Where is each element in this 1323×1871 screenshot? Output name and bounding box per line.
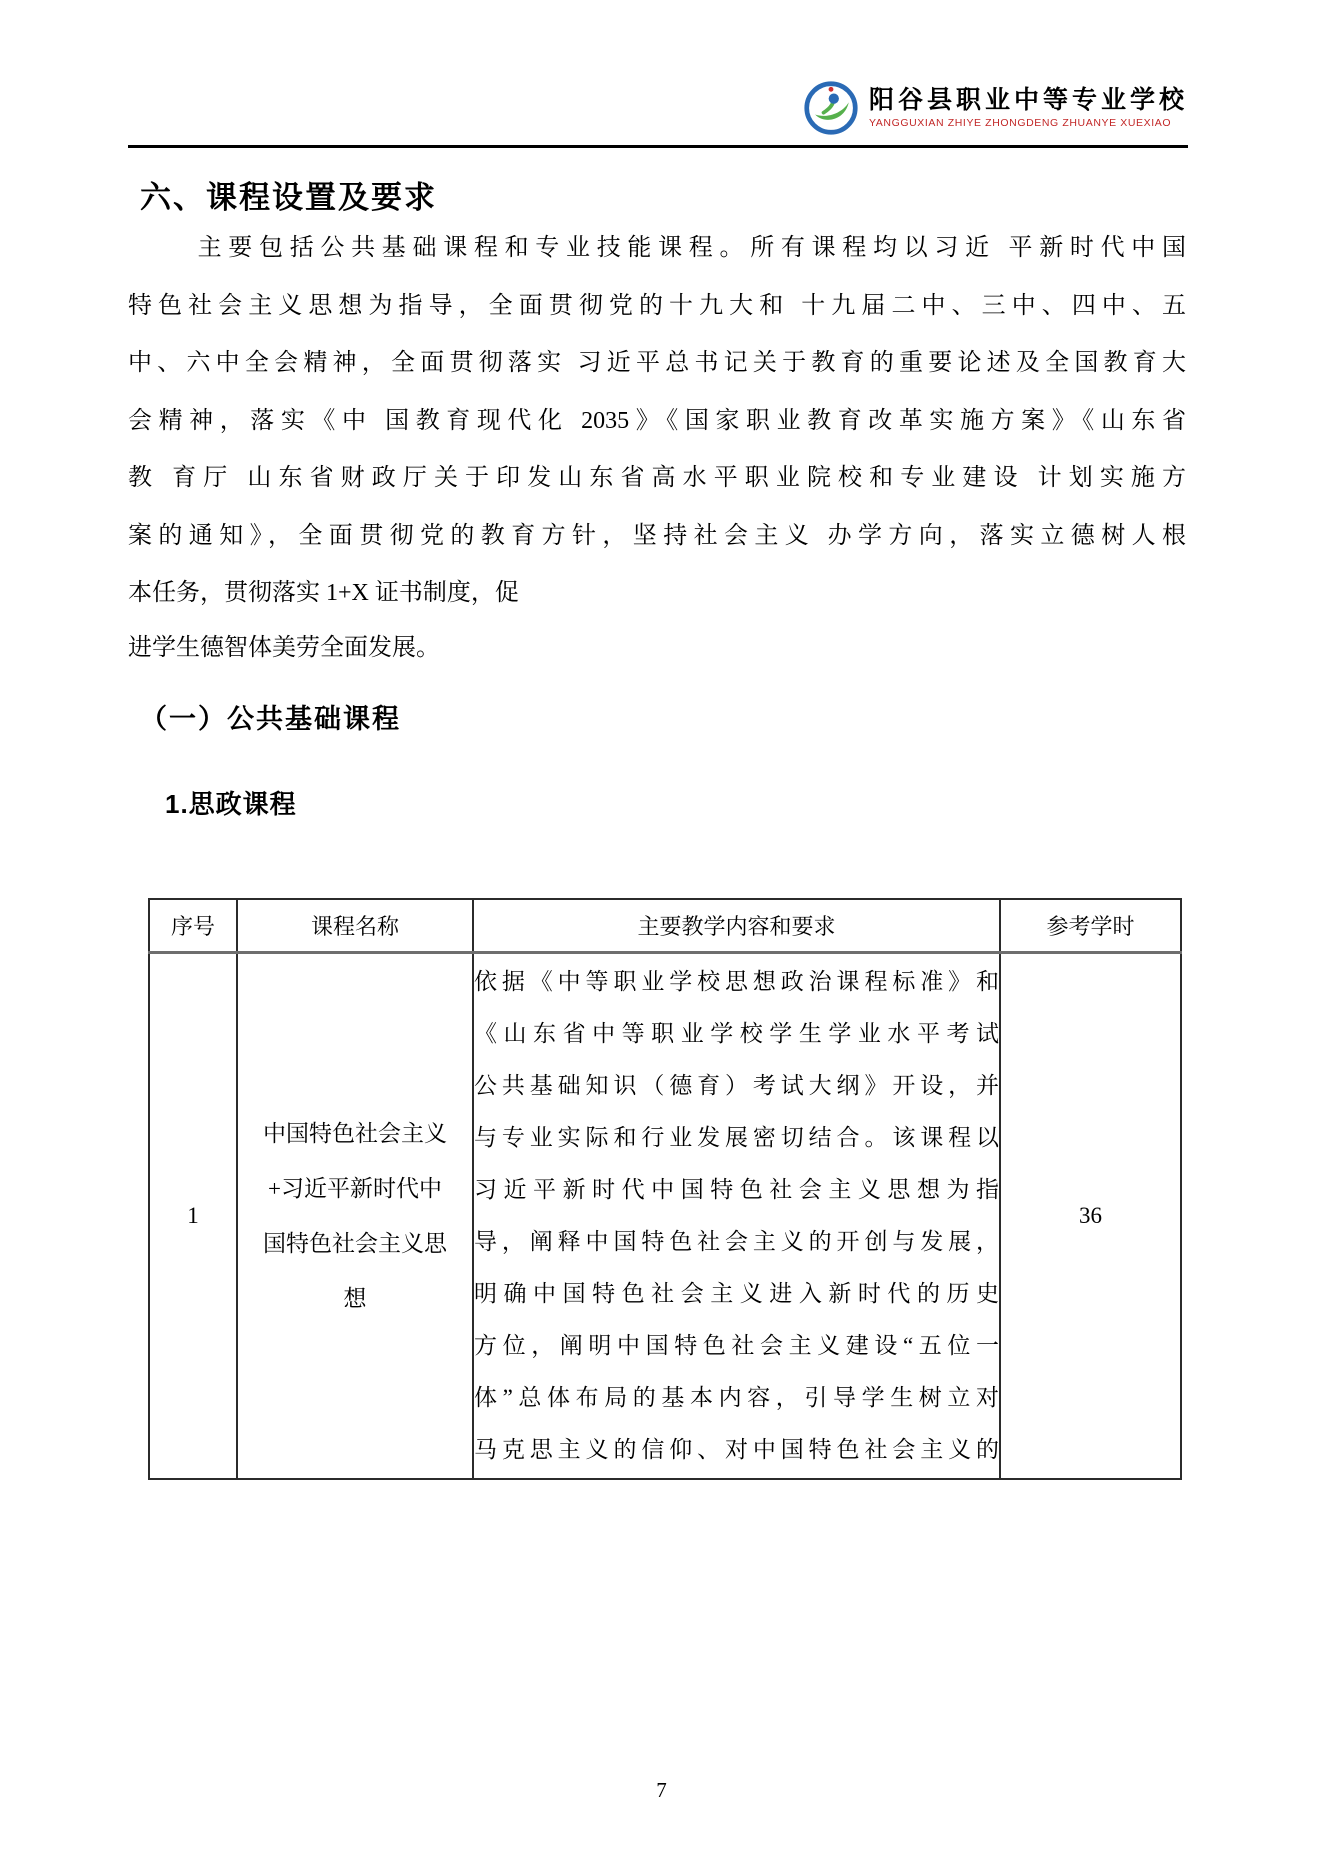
- column-header-hours: 参考学时: [1000, 899, 1181, 953]
- table-row: 1 中国特色社会主义 +习近平新时代中 国特色社会主义思 想 依据《中等职业学校…: [149, 953, 1181, 1480]
- course-table: 序号 课程名称 主要教学内容和要求 参考学时 1 中国特色社会主义 +习近平新时…: [148, 898, 1182, 1480]
- paragraph-line: 进学生德智体美劳全面发展。: [128, 623, 1186, 673]
- paragraph-line: 教 育厅 山东省财政厅关于印发山东省高水平职业院校和专业建设 计划实施方: [128, 450, 1186, 508]
- school-name-english: YANGGUXIAN ZHIYE ZHONGDENG ZHUANYE XUEXI…: [869, 117, 1171, 129]
- content-line: 马克思主义的信仰、对中国特色社会主义的: [474, 1424, 999, 1476]
- header-divider: [128, 145, 1188, 148]
- content-line: 公共基础知识（德育）考试大纲》开设，并: [474, 1060, 999, 1112]
- page-number: 7: [0, 1778, 1323, 1803]
- content-line: 导，阐释中国特色社会主义的开创与发展，: [474, 1216, 999, 1268]
- course-name-line: 中国特色社会主义: [238, 1106, 472, 1161]
- row-number-cell: 1: [149, 953, 237, 1480]
- school-logo-icon: [803, 80, 859, 136]
- content-line: 依据《中等职业学校思想政治课程标准》和: [474, 956, 999, 1008]
- paragraph-line: 会精神，落实《中 国教育现代化 2035》《国家职业教育改革实施方案》《山东省: [128, 393, 1186, 451]
- course-name-line: +习近平新时代中: [238, 1161, 472, 1216]
- content-line: 明确中国特色社会主义进入新时代的历史: [474, 1268, 999, 1320]
- content-line: 习近平新时代中国特色社会主义思想为指: [474, 1164, 999, 1216]
- paragraph-line: 案的通知》，全面贯彻党的教育方针，坚持社会主义 办学方向，落实立德树人根: [128, 508, 1186, 566]
- content-line: 体”总体布局的基本内容，引导学生树立对: [474, 1372, 999, 1424]
- column-header-content: 主要教学内容和要求: [473, 899, 1000, 953]
- content-line: 与专业实际和行业发展密切结合。该课程以: [474, 1112, 999, 1164]
- paragraph-line: 特色社会主义思想为指导，全面贯彻党的十九大和 十九届二中、三中、四中、五: [128, 278, 1186, 336]
- school-name-block: 阳谷县职业中等专业学校 YANGGUXIAN ZHIYE ZHONGDENG Z…: [869, 87, 1188, 129]
- content-line: 方位，阐明中国特色社会主义建设“五位一: [474, 1320, 999, 1372]
- section-title: 六、课程设置及要求: [140, 172, 437, 217]
- paragraph-line: 主要包括公共基础课程和专业技能课程。所有课程均以习近 平新时代中国: [128, 220, 1186, 278]
- school-name-chinese: 阳谷县职业中等专业学校: [869, 87, 1188, 115]
- course-content-cell: 依据《中等职业学校思想政治课程标准》和 《山东省中等职业学校学生学业水平考试 公…: [473, 953, 1000, 1480]
- subsection-title: （一）公共基础课程: [140, 697, 401, 736]
- page-header: 阳谷县职业中等专业学校 YANGGUXIAN ZHIYE ZHONGDENG Z…: [803, 80, 1188, 136]
- paragraph-line: 中、六中全会精神，全面贯彻落实 习近平总书记关于教育的重要论述及全国教育大: [128, 335, 1186, 393]
- course-name-cell: 中国特色社会主义 +习近平新时代中 国特色社会主义思 想: [237, 953, 473, 1480]
- column-header-no: 序号: [149, 899, 237, 953]
- course-name-line: 想: [238, 1271, 472, 1326]
- table-header-row: 序号 课程名称 主要教学内容和要求 参考学时: [149, 899, 1181, 953]
- intro-paragraph: 主要包括公共基础课程和专业技能课程。所有课程均以习近 平新时代中国 特色社会主义…: [128, 220, 1186, 673]
- course-name-line: 国特色社会主义思: [238, 1216, 472, 1271]
- subsubsection-title: 1.思政课程: [165, 784, 297, 821]
- reference-hours-cell: 36: [1000, 953, 1181, 1480]
- content-line: 《山东省中等职业学校学生学业水平考试: [474, 1008, 999, 1060]
- paragraph-line: 本任务，贯彻落实 1+X 证书制度，促: [128, 565, 1186, 623]
- column-header-course-name: 课程名称: [237, 899, 473, 953]
